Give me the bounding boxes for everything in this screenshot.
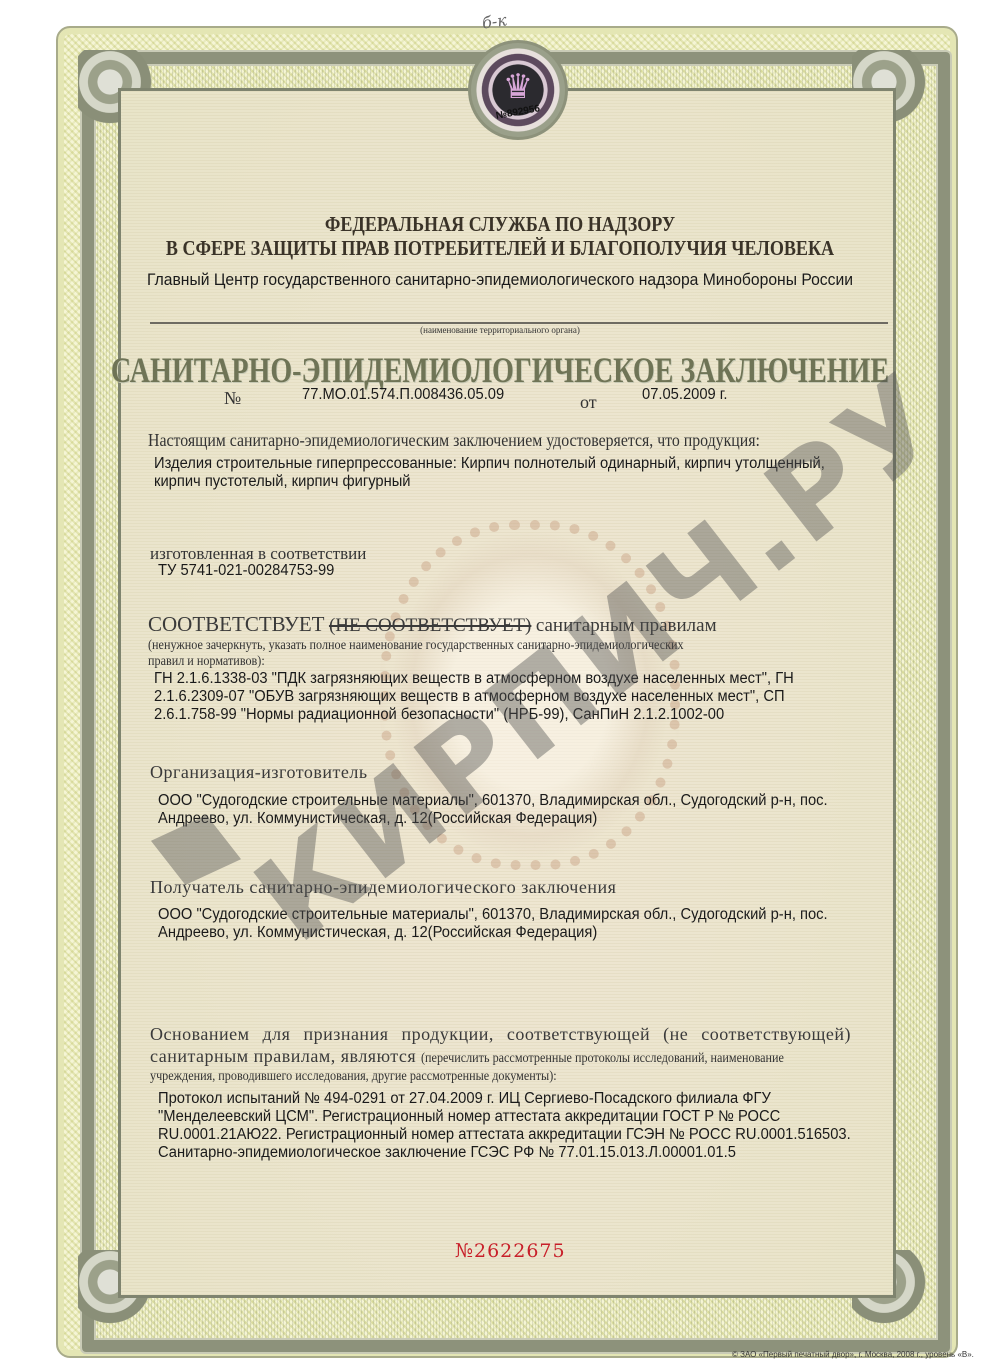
conclusion-number: 77.МО.01.574.П.008436.05.09: [302, 386, 504, 404]
basis-line-2: "Менделеевский ЦСМ". Регистрационный ном…: [158, 1108, 780, 1126]
basis-heading-note: (перечислить рассмотренные протоколы исс…: [421, 1050, 784, 1066]
not-complies-struck: (НЕ СООТВЕТСТВУЕТ): [329, 615, 531, 636]
date-label: от: [580, 392, 597, 413]
basis-heading-1: Основанием для признания продукции, соот…: [150, 1024, 851, 1045]
made-per-label: изготовленная в соответствии: [150, 544, 366, 564]
handwritten-mark: б-к: [481, 10, 508, 32]
conformity-instruction-2: правил и нормативов):: [148, 653, 265, 669]
agency-line-1: ФЕДЕРАЛЬНАЯ СЛУЖБА ПО НАДЗОРУ: [70, 212, 930, 237]
hologram-emblem: ♛ №892956: [468, 40, 568, 140]
basis-heading-2: санитарным правилам, являются (перечисли…: [150, 1046, 824, 1067]
serial-number: №2622675: [455, 1240, 566, 1262]
number-label: №: [224, 388, 241, 409]
printer-note: © ЗАО «Первый печатный двор», г. Москва,…: [732, 1350, 974, 1359]
product-line-2: кирпич пустотелый, кирпич фигурный: [154, 473, 411, 491]
territorial-body-caption: (наименование территориального органа): [0, 325, 1000, 335]
agency-line-2: В СФЕРЕ ЗАЩИТЫ ПРАВ ПОТРЕБИТЕЛЕЙ И БЛАГО…: [70, 236, 930, 261]
recipient-line-2: Андреево, ул. Коммунистическая, д. 12(Ро…: [158, 924, 597, 942]
basis-heading-note-2: учреждения, проводившего исследования, д…: [150, 1068, 557, 1084]
basis-line-1: Протокол испытаний № 494-0291 от 27.04.2…: [158, 1090, 771, 1108]
technical-spec: ТУ 5741-021-00284753-99: [158, 562, 334, 580]
basis-line-4: Санитарно-эпидемиологическое заключение …: [158, 1144, 736, 1162]
conclusion-date: 07.05.2009 г.: [642, 386, 727, 404]
intro-text: Настоящим санитарно-эпидемиологическим з…: [148, 430, 760, 451]
complies-text: СООТВЕТСТВУЕТ: [148, 612, 325, 636]
basis-line-3: RU.0001.21АЮ22. Регистрационный номер ат…: [158, 1126, 851, 1144]
document-title: САНИТАРНО-ЭПИДЕМИОЛОГИЧЕСКОЕ ЗАКЛЮЧЕНИЕ: [110, 349, 890, 391]
divider-line: [150, 322, 888, 324]
recipient-line-1: ООО "Судогодские строительные материалы"…: [158, 906, 828, 924]
basis-heading-main: санитарным правилам, являются: [150, 1046, 416, 1066]
territorial-body: Главный Центр государственного санитарно…: [25, 271, 975, 290]
product-line-1: Изделия строительные гиперпрессованные: …: [154, 455, 825, 473]
